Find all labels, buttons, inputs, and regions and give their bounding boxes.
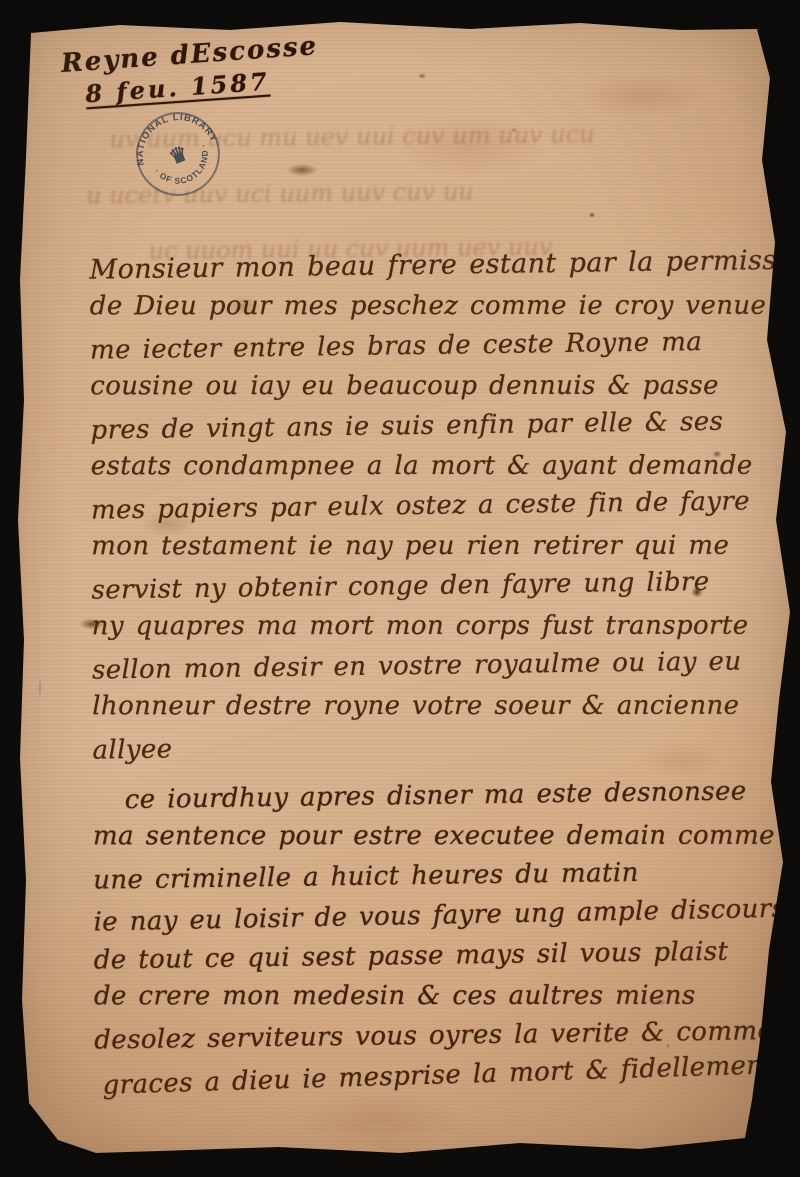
manuscript-line: allyee: [92, 721, 746, 770]
photo-background: uv uum ucu mu uev uui cuv um uuv ucu u u…: [0, 0, 800, 1177]
manuscript-line: estats condampnee a la mort & ayant dema…: [91, 446, 745, 487]
manuscript-line: ny quapres ma mort mon corps fust transp…: [92, 606, 746, 647]
endorsement: Reyne dEscosse 8 feu. 1587: [60, 31, 321, 110]
manuscript-line: ma sentence pour estre executee demain c…: [93, 816, 747, 857]
manuscript-line: pres de vingt ans ie suis enfin par elle…: [90, 401, 744, 450]
stamp-crown-icon: ♛: [166, 141, 192, 169]
letter-paragraph-1: Monsieur mon beau frere estant par la pe…: [89, 244, 746, 768]
manuscript-line: de tout ce qui sest passe mays sil vous …: [93, 931, 747, 980]
manuscript-line: me iecter entre les bras de ceste Royne …: [90, 321, 744, 370]
manuscript-line: ce iourdhuy apres disner ma este desnons…: [93, 771, 747, 820]
manuscript-line: de Dieu pour mes peschez comme ie croy v…: [90, 286, 744, 327]
manuscript-line: mes papiers par eulx ostez a ceste fin d…: [91, 481, 745, 530]
manuscript-line: mon testament ie nay peu rien retirer qu…: [91, 526, 745, 567]
manuscript-page: uv uum ucu mu uev uui cuv um uuv ucu u u…: [0, 0, 800, 1177]
manuscript-line: cousine ou iay eu beaucoup dennuis & pas…: [90, 366, 744, 407]
letter-body: Monsieur mon beau frere estant par la pe…: [89, 244, 748, 1098]
manuscript-line: servist ny obtenir conge den fayre ung l…: [91, 561, 745, 610]
manuscript-line: Monsieur mon beau frere estant par la pe…: [89, 241, 743, 290]
manuscript-line: sellon mon desir en vostre royaulme ou i…: [92, 641, 746, 690]
manuscript-line: lhonneur destre royne votre soeur & anci…: [92, 686, 746, 727]
letter-paragraph-2: ce iourdhuy apres disner ma este desnons…: [93, 774, 749, 1098]
manuscript-line: de crere mon medesin & ces aultres miens: [94, 976, 748, 1017]
